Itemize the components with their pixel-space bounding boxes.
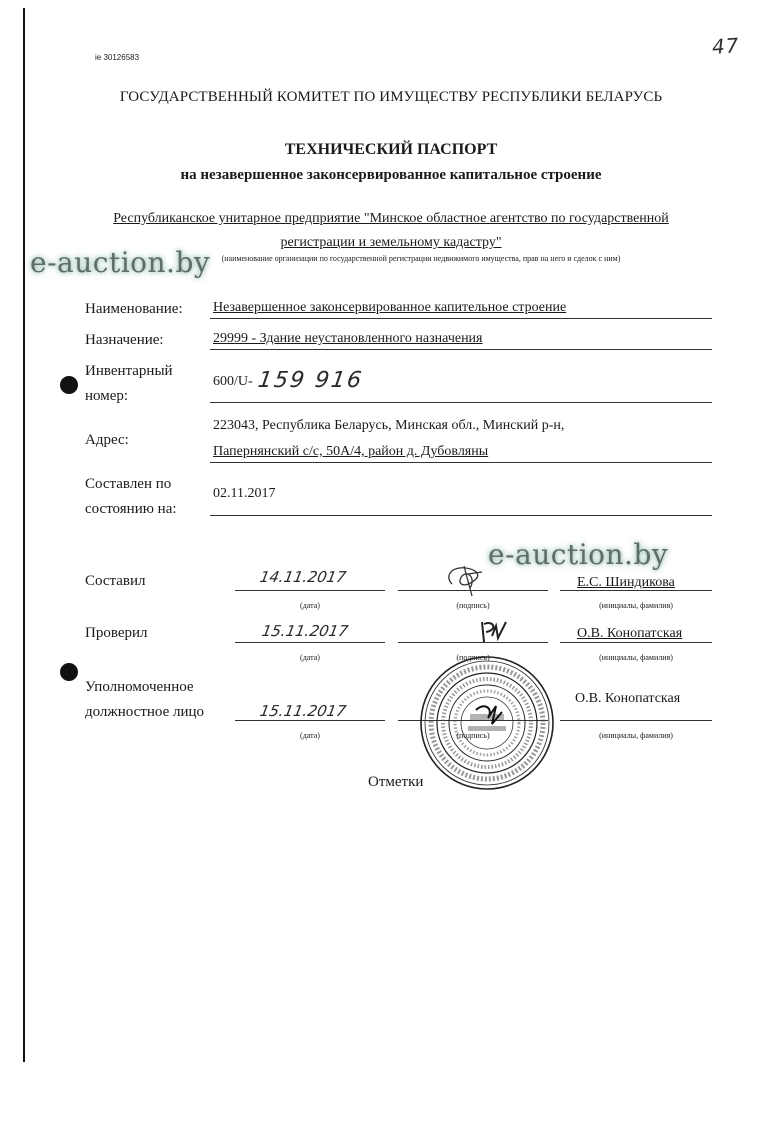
sig-authorized-name-caption: (инициалы, фамилия)	[560, 731, 712, 740]
official-seal-icon	[418, 654, 556, 792]
sig-authorized-label-1: Уполномоченное	[85, 679, 194, 696]
sig-checked-date: 15.11.2017	[260, 622, 349, 640]
sig-compiled-date-rule	[235, 590, 385, 591]
punch-hole-icon	[60, 376, 78, 394]
field-purpose-label: Назначение:	[85, 328, 164, 352]
document-subtitle: на незавершенное законсервированное капи…	[0, 167, 782, 184]
field-inventory-label-2: номер:	[85, 384, 128, 408]
organization-line-1: Республиканское унитарное предприятие "М…	[0, 211, 782, 227]
sig-checked-date-rule	[235, 642, 385, 643]
sig-authorized-label-2: должностное лицо	[85, 704, 204, 721]
field-name-value: Незавершенное законсервированное капител…	[213, 300, 566, 316]
remarks-heading: Отметки	[368, 774, 423, 791]
document-id: ie 30126583	[95, 53, 139, 62]
sig-checked-name-rule	[560, 642, 712, 643]
sig-compiled-date-caption: (дата)	[235, 601, 385, 610]
sig-checked-signature-rule	[398, 642, 548, 643]
field-purpose-value: 29999 - Здание неустановленного назначен…	[213, 331, 483, 347]
sig-authorized-date: 15.11.2017	[258, 702, 347, 720]
field-inventory-rule	[210, 402, 712, 403]
sig-compiled-signature-rule	[398, 590, 548, 591]
field-name-rule	[210, 318, 712, 319]
sig-compiled-name-caption: (инициалы, фамилия)	[560, 601, 712, 610]
sig-authorized-date-rule	[235, 720, 385, 721]
field-inventory-handwritten: 159 916	[256, 368, 364, 393]
sig-compiled-name-rule	[560, 590, 712, 591]
field-asof-value: 02.11.2017	[213, 486, 275, 502]
field-address-line-1: 223043, Республика Беларусь, Минская обл…	[213, 418, 564, 434]
watermark-middle: e-auction.by	[488, 538, 668, 571]
watermark-top: e-auction.by	[30, 246, 210, 279]
sig-compiled-signature-caption: (подпись)	[398, 601, 548, 610]
signature-compiled-icon	[442, 562, 492, 600]
sig-checked-name: О.В. Конопатская	[577, 626, 682, 642]
field-name-label: Наименование:	[85, 297, 183, 321]
field-inventory-prefix: 600/U-	[213, 374, 253, 390]
field-address-rule	[210, 462, 712, 463]
sig-checked-label: Проверил	[85, 625, 148, 642]
field-asof-rule	[210, 515, 712, 516]
field-inventory-label-1: Инвентарный	[85, 359, 173, 383]
sig-authorized-name: О.В. Конопатская	[575, 691, 680, 707]
field-address-line-2: Папернянский с/с, 50А/4, район д. Дубовл…	[213, 444, 488, 460]
field-address-label: Адрес:	[85, 428, 129, 452]
document-title: ТЕХНИЧЕСКИЙ ПАСПОРТ	[0, 141, 782, 159]
field-purpose-rule	[210, 349, 712, 350]
field-asof-label-2: состоянию на:	[85, 497, 177, 521]
punch-hole-icon	[60, 663, 78, 681]
committee-header: ГОСУДАРСТВЕННЫЙ КОМИТЕТ ПО ИМУЩЕСТВУ РЕС…	[0, 89, 782, 106]
sig-checked-date-caption: (дата)	[235, 653, 385, 662]
sig-compiled-label: Составил	[85, 573, 146, 590]
page-number: 47	[711, 33, 740, 59]
sig-compiled-date: 14.11.2017	[258, 568, 347, 586]
sig-authorized-date-caption: (дата)	[235, 731, 385, 740]
sig-checked-name-caption: (инициалы, фамилия)	[560, 653, 712, 662]
field-asof-label-1: Составлен по	[85, 472, 171, 496]
sig-compiled-name: Е.С. Шиндикова	[577, 575, 675, 591]
sig-authorized-name-rule	[560, 720, 712, 721]
